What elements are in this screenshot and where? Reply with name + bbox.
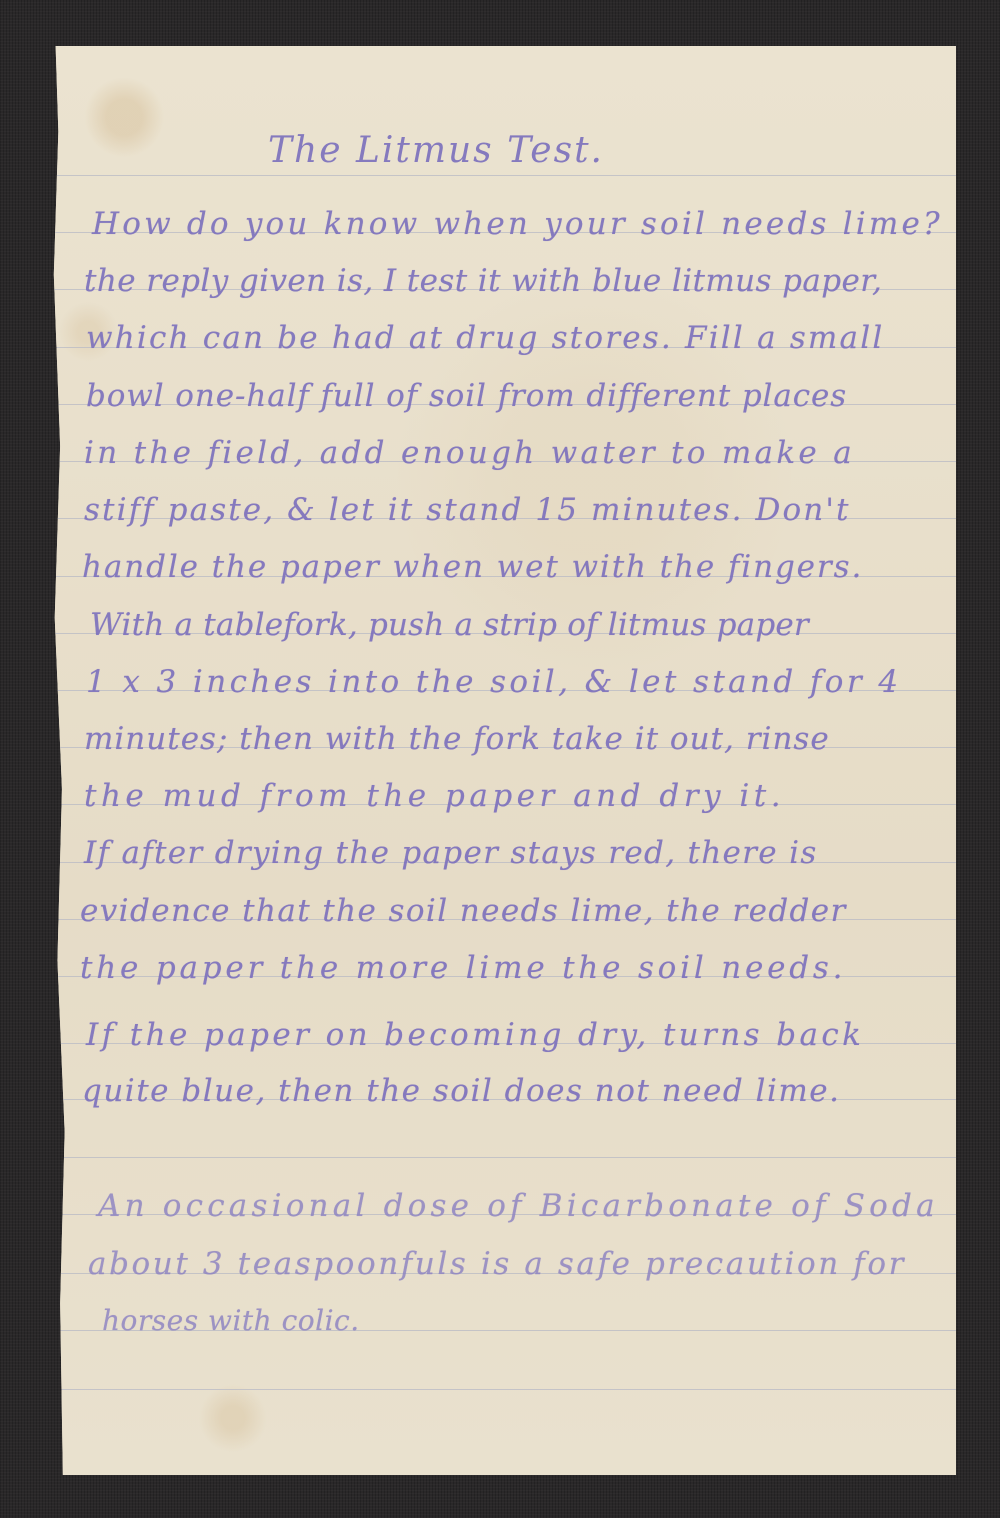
text-line: minutes; then with the fork take it out,… xyxy=(84,721,830,757)
text-line: 1 x 3 inches into the soil, & let stand … xyxy=(86,664,901,700)
text-line: about 3 teaspoonfuls is a safe precautio… xyxy=(88,1246,906,1282)
text-line: If after drying the paper stays red, the… xyxy=(84,835,818,871)
text-line: How do you know when your soil needs lim… xyxy=(92,206,943,242)
text-line: the mud from the paper and dry it. xyxy=(84,778,785,814)
text-line: If the paper on becoming dry, turns back xyxy=(86,1017,864,1053)
text-line: in the field, add enough water to make a xyxy=(84,435,855,471)
text-line: which can be had at drug stores. Fill a … xyxy=(86,320,884,356)
handwritten-page: The Litmus Test. How do you know when yo… xyxy=(52,46,956,1475)
text-line: handle the paper when wet with the finge… xyxy=(82,549,863,585)
ruled-line xyxy=(52,175,956,176)
text-line: With a tablefork, push a strip of litmus… xyxy=(90,607,809,643)
text-line: the reply given is, I test it with blue … xyxy=(84,263,882,299)
ruled-line xyxy=(52,1389,956,1390)
text-line: An occasional dose of Bicarbonate of Sod… xyxy=(98,1188,939,1224)
text-line: horses with colic. xyxy=(102,1304,360,1337)
ruled-line xyxy=(52,1157,956,1158)
text-line: bowl one-half full of soil from differen… xyxy=(86,378,847,414)
document-title: The Litmus Test. xyxy=(268,130,604,171)
text-line: stiff paste, & let it stand 15 minutes. … xyxy=(84,492,851,528)
text-line: quite blue, then the soil does not need … xyxy=(82,1073,840,1109)
text-line: evidence that the soil needs lime, the r… xyxy=(80,893,847,929)
text-line: the paper the more lime the soil needs. xyxy=(80,950,846,986)
